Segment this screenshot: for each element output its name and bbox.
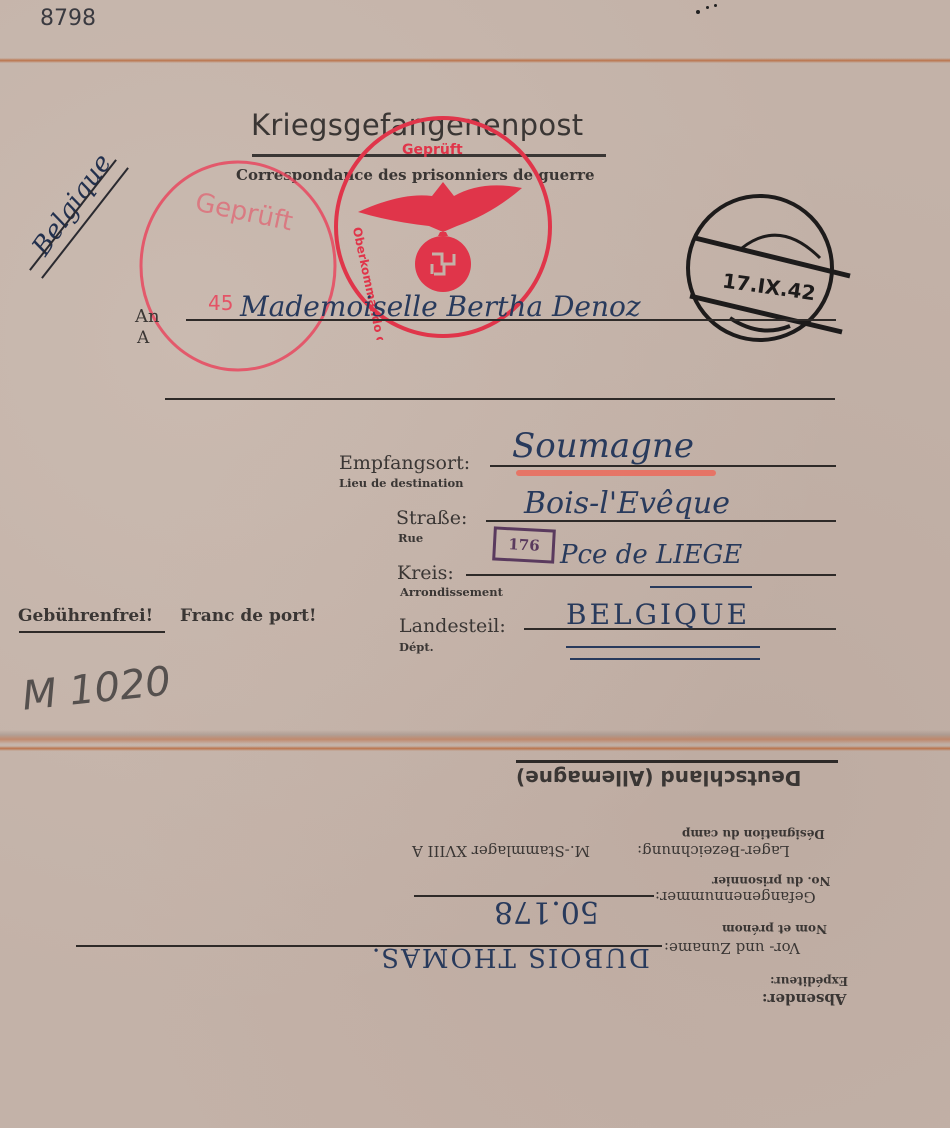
kreis-line — [466, 574, 836, 576]
kreis-label-fr: Arrondissement — [400, 585, 503, 599]
address-line-2 — [165, 398, 835, 400]
postage-free-de: Gebührenfrei! — [18, 606, 153, 626]
top-fold-crease — [0, 58, 950, 63]
empfangsort-label-fr: Lieu de destination — [339, 476, 464, 490]
pencil-note: M 1020 — [20, 658, 173, 719]
landesteil-value: BELGIQUE — [566, 598, 750, 631]
pink-censor-stamp: Geprüft 45 — [136, 158, 340, 374]
camp-label-de: Lager-Bezeichnung: — [637, 842, 790, 860]
country-rule — [516, 760, 838, 763]
prisoner-number-label-de: Gefangenennummer: — [655, 888, 816, 906]
empfangsort-value: Soumagne — [512, 426, 694, 466]
archive-number: 8798 — [40, 6, 96, 31]
landesteil-label: Landesteil: — [399, 615, 506, 637]
middle-fold-crease — [0, 730, 950, 744]
postmark-date: 17.IX.42 — [721, 268, 817, 305]
strasse-label-fr: Rue — [398, 531, 423, 545]
middle-fold-crease-2 — [0, 746, 950, 751]
landesteil-underline-2 — [570, 658, 760, 660]
prisoner-number-label-fr: No. du prisonnier — [712, 874, 830, 888]
sender-label-fr: Expéditeur: — [770, 974, 848, 988]
svg-text:Geprüft: Geprüft — [193, 188, 296, 238]
address-label-fr: A — [137, 328, 149, 348]
postmark: 17.IX.42 — [670, 188, 860, 348]
landesteil-label-fr: Dépt. — [399, 640, 434, 654]
kreis-label: Kreis: — [397, 562, 454, 584]
censor-box: 176 — [492, 526, 556, 563]
recipient-name: Mademoiselle Bertha Denoz — [240, 290, 641, 323]
name-label-fr: Nom et prénom — [722, 922, 827, 936]
kreis-underline — [650, 586, 752, 588]
postage-free-fr: Franc de port! — [180, 606, 317, 626]
name-label-de: Vor- und Zuname: — [664, 939, 800, 957]
pink-stamp-number: 45 — [208, 291, 233, 315]
red-pencil-underline — [516, 470, 716, 476]
empfangsort-label: Empfangsort: — [339, 452, 470, 474]
strasse-label: Straße: — [396, 507, 467, 529]
camp-value: M.-Stammlager XVIII A — [412, 842, 590, 860]
postage-underline — [19, 631, 165, 633]
kreis-value: Pce de LIEGE — [560, 540, 742, 570]
name-value: DUBOIS THOMAS. — [370, 942, 650, 972]
address-label-de: An — [135, 306, 160, 327]
country-label: Deutschland (Allemagne) — [516, 766, 801, 790]
landesteil-underline-1 — [566, 646, 760, 648]
prisoner-number-value: 50.178 — [494, 894, 599, 929]
sender-label-de: Absender: — [762, 990, 847, 1008]
svg-text:Geprüft: Geprüft — [402, 142, 463, 158]
destination-note: Belgique — [27, 149, 118, 262]
strasse-value: Bois-l'Evêque — [524, 486, 730, 521]
ink-spots — [694, 4, 724, 16]
camp-label-fr: Désignation du camp — [682, 827, 825, 841]
strike-lines — [52, 145, 56, 295]
